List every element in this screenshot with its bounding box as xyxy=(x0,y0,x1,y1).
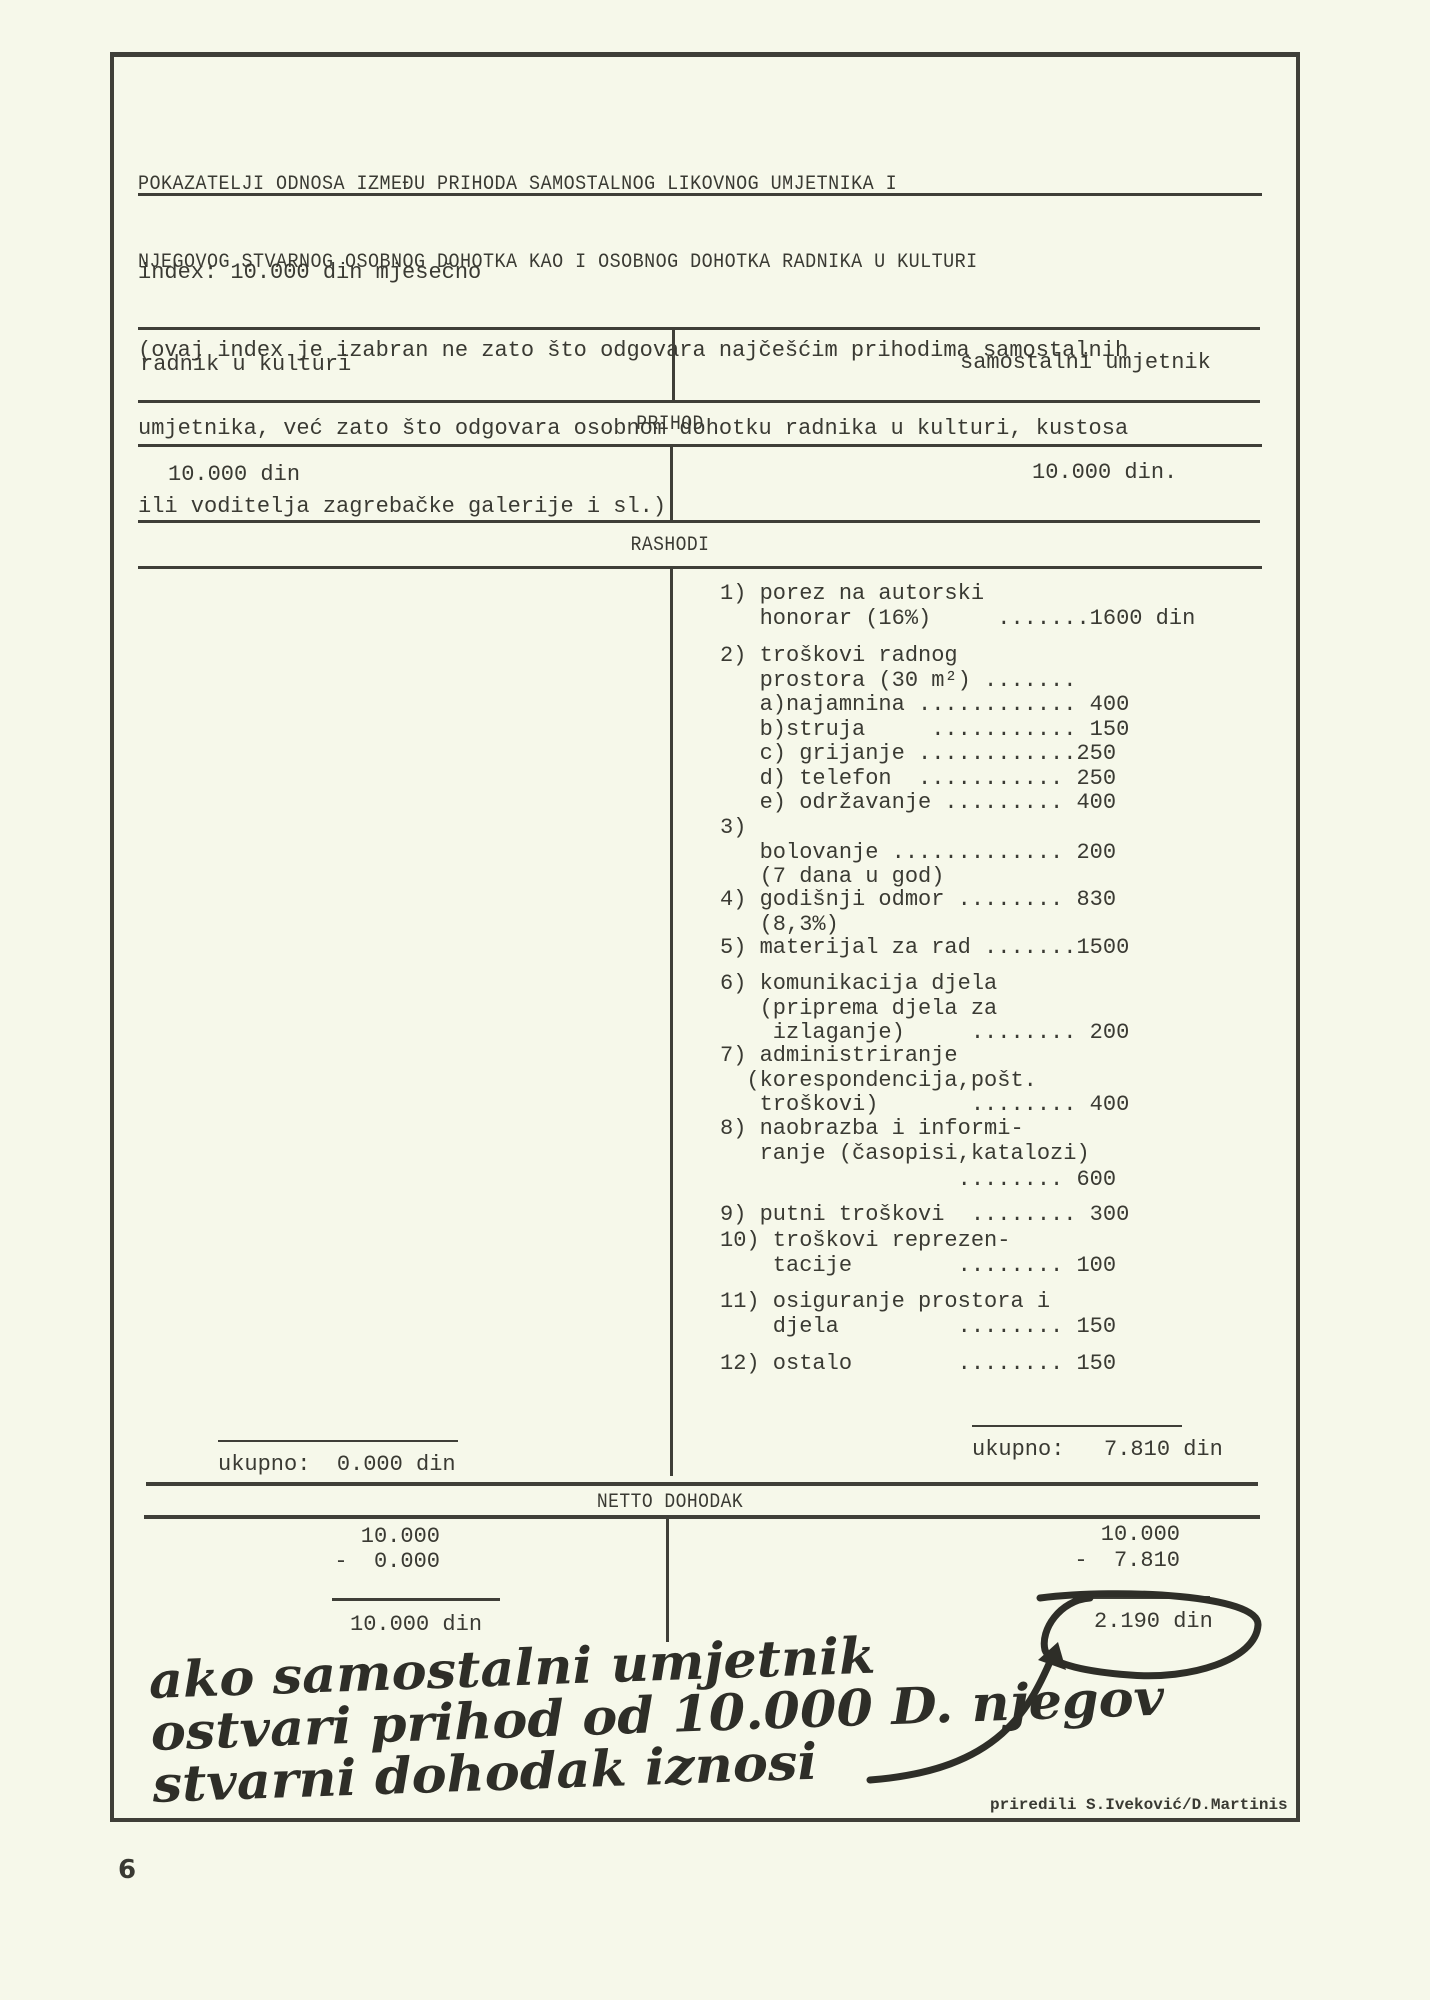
expense-item: 2) troškovi radnog prostora (30 m²) ....… xyxy=(720,644,1240,816)
netto-right-income: 10.000 xyxy=(1060,1522,1180,1548)
page-number: 6 xyxy=(118,1855,136,1885)
expense-item: 8) naobrazba i informi- ranje (časopisi,… xyxy=(720,1117,1240,1166)
netto-left-result: 10.000 din xyxy=(350,1612,482,1638)
prihod-right-value: 10.000 din. xyxy=(1032,460,1177,486)
netto-right-expenses: - 7.810 xyxy=(1040,1548,1180,1574)
index-note-line: ili voditelja zagrebačke galerije i sl.) xyxy=(138,494,1128,520)
expense-item: 10) troškovi reprezen- tacije ........ 1… xyxy=(720,1229,1240,1278)
prihod-left-value: 10.000 din xyxy=(168,462,300,488)
divider xyxy=(138,193,1262,196)
divider xyxy=(138,520,1260,523)
divider xyxy=(144,1515,1260,1519)
column-divider xyxy=(672,327,675,400)
column-divider xyxy=(670,444,673,520)
netto-left-income: 10.000 xyxy=(320,1524,440,1550)
expense-item: 9) putni troškovi ........ 300 xyxy=(720,1203,1240,1228)
sum-line xyxy=(332,1598,500,1601)
right-total: ukupno: 7.810 din xyxy=(972,1437,1223,1463)
divider xyxy=(138,444,1262,447)
expense-item: 4) godišnji odmor ........ 830 (8,3%) xyxy=(720,888,1240,937)
column-divider xyxy=(670,566,673,1476)
netto-left-expenses: - 0.000 xyxy=(300,1549,440,1575)
column-header-right: samostalni umjetnik xyxy=(960,350,1211,376)
expense-item: 7) administriranje (korespondencija,pošt… xyxy=(720,1044,1240,1118)
section-heading-prihod: PRIHOD xyxy=(535,412,805,438)
credit-line: priredili S.Iveković/D.Martinis xyxy=(990,1796,1288,1814)
expense-item: 5) materijal za rad .......1500 xyxy=(720,936,1240,961)
column-divider xyxy=(666,1519,669,1642)
section-heading-netto: NETTO DOHODAK xyxy=(499,1490,841,1516)
expense-item: 11) osiguranje prostora i djela ........… xyxy=(720,1290,1240,1339)
sum-line xyxy=(972,1425,1182,1427)
divider xyxy=(138,327,1260,330)
expense-item: 3) bolovanje ............. 200 (7 dana u… xyxy=(720,816,1240,890)
column-header-left: radnik u kulturi xyxy=(140,352,351,378)
expense-item: 1) porez na autorski honorar (16%) .....… xyxy=(720,582,1240,631)
index-value: index: 10.000 din mjesečno xyxy=(138,260,1128,286)
section-heading-rashodi: RASHODI xyxy=(535,533,805,559)
divider xyxy=(138,566,1262,569)
expense-item: 6) komunikacija djela (priprema djela za… xyxy=(720,972,1240,1046)
sum-line xyxy=(218,1440,458,1442)
divider xyxy=(138,400,1260,403)
expense-item: ........ 600 xyxy=(720,1168,1240,1193)
divider xyxy=(146,1482,1258,1486)
left-total: ukupno: 0.000 din xyxy=(218,1452,456,1478)
expense-item: 12) ostalo ........ 150 xyxy=(720,1352,1240,1377)
